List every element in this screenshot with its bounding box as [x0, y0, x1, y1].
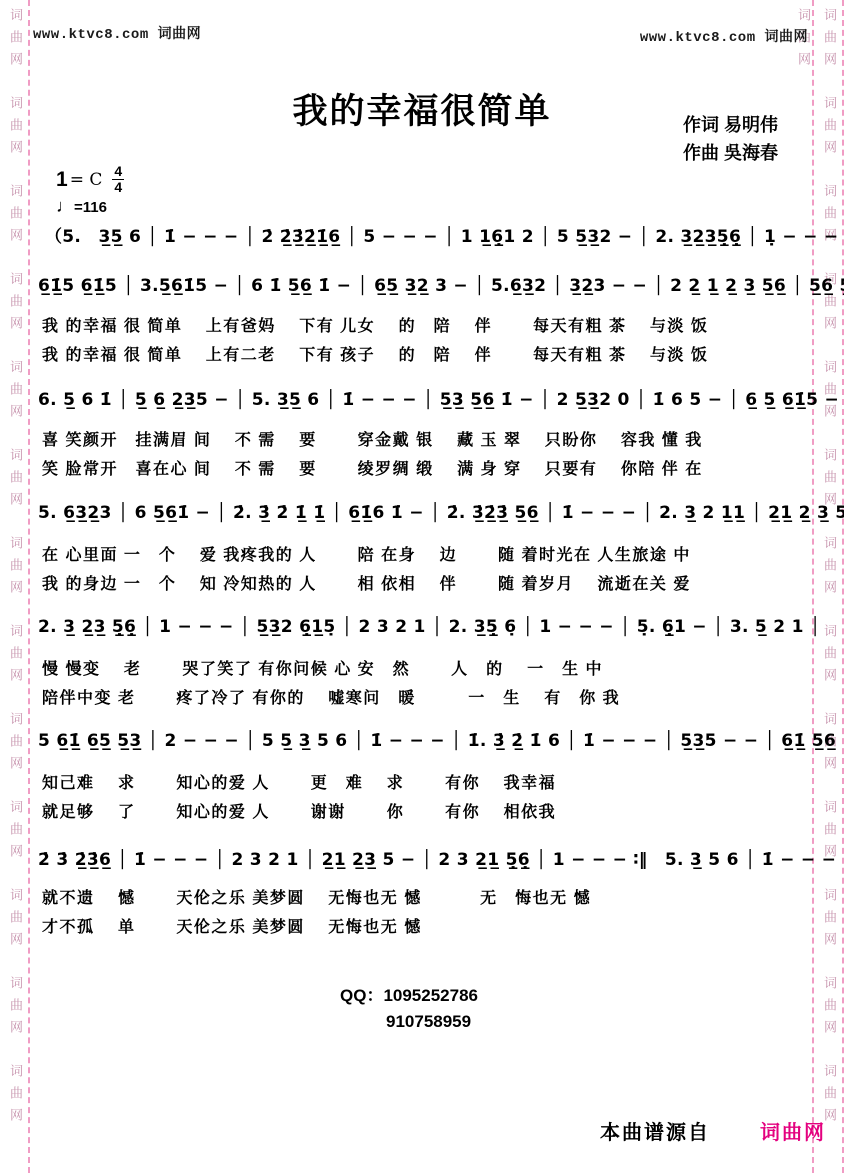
notation-line-7: 2̇ 3̇ 2̲̇3̲̇6̲ │ 1̇ − − − │ 2 3 2 1 │ 2̲…	[38, 845, 814, 870]
lyrics-row-3: 在 心里面 一 个 爱 我疼我的 人 陪 在身 边 随 着时光在 人生旅途 中 …	[42, 541, 814, 599]
quarter-note-icon: ♩	[56, 196, 74, 216]
lyrics-row-1: 我 的幸福 很 简单 上有爸妈 下有 儿女 的 陪 伴 每天有粗 茶 与淡 饭 …	[42, 312, 814, 370]
right-border: 词曲网 词曲网 词曲网 词曲网 词曲网 词曲网 词曲网 词曲网 词曲网 词曲网 …	[812, 0, 844, 1173]
lyrics-line: 就不遗 憾 天伦之乐 美梦圆 无悔也无 憾 无 悔也无 憾	[42, 884, 814, 913]
key-signature: 1 = C 4 4	[56, 165, 124, 194]
notation-line-3: 6. 5̲ 6 1̇ │ 5̲ 6̲ 2̲3̲5 − │ 5. 3̲5̲ 6 │…	[38, 390, 814, 410]
lyrics-row-5: 知己难 求 知心的爱 人 更 难 求 有你 我幸福 就足够 了 知心的爱 人 谢…	[42, 769, 814, 827]
notation-line-5: 2. 3̲ 2̲3̲ 5̲̣6̲̣ │ 1 − − − │ 5̲3̲2 6̲̣1…	[38, 617, 814, 637]
time-signature-top: 4	[112, 165, 124, 180]
notation-line-1: （5. 3̲5̲ 6 │ 1̇ − − − │ 2̇ 2̲̇3̲̇2̲̇1̲̇6…	[38, 222, 814, 247]
qq-number-2: 910758959	[340, 1009, 478, 1035]
right-watermark-text: 词曲网 词曲网 词曲网 词曲网 词曲网 词曲网 词曲网 词曲网 词曲网 词曲网 …	[814, 0, 842, 1173]
notation-line-2: 6̲1̲̇5 6̲1̲̇5 │ 3.5̲6̲1̇5 − │ 6 1̇ 5̲6̲ …	[38, 276, 814, 296]
notation-line-6: 5 6̲1̲̇ 6̲5̲ 5̲3̲ │ 2 − − − │ 5 5̲ 3̲ 5 …	[38, 731, 814, 751]
notation-line-4: 5. 6̲3̲2̲3 │ 6 5̲6̲1̇ − │ 2̇. 3̲̇ 2̇ 1̲̇…	[38, 503, 814, 523]
lyrics-row-6: 就不遗 憾 天伦之乐 美梦圆 无悔也无 憾 无 悔也无 憾 才不孤 单 天伦之乐…	[42, 884, 814, 942]
site-url-left[interactable]: www.ktvc8.com 词曲网	[33, 23, 201, 43]
site-url-right[interactable]: www.ktvc8.com 词曲网	[640, 26, 808, 46]
lyrics-line: 在 心里面 一 个 爱 我疼我的 人 陪 在身 边 随 着时光在 人生旅途 中	[42, 541, 814, 570]
lyrics-line: 就足够 了 知心的爱 人 谢谢 你 有你 相依我	[42, 798, 814, 827]
left-watermark-text: 词曲网 词曲网 词曲网 词曲网 词曲网 词曲网 词曲网 词曲网 词曲网 词曲网 …	[0, 0, 28, 1173]
source-site-link[interactable]: 词曲网	[760, 1116, 826, 1145]
key-name: = C	[70, 170, 103, 190]
source-label: 本曲谱源自	[600, 1116, 710, 1145]
lyrics-line: 我 的幸福 很 简单 上有爸妈 下有 儿女 的 陪 伴 每天有粗 茶 与淡 饭	[42, 312, 814, 341]
lyrics-row-2: 喜 笑颜开 挂满眉 间 不 需 要 穿金戴 银 藏 玉 翠 只盼你 容我 懂 我…	[42, 426, 814, 484]
tempo-value: =116	[74, 199, 107, 216]
time-signature: 4 4	[112, 165, 124, 194]
lyrics-line: 知己难 求 知心的爱 人 更 难 求 有你 我幸福	[42, 769, 814, 798]
footer: 本曲谱源自 词曲网	[600, 1116, 826, 1145]
sheet-page: 词曲网 词曲网 词曲网 词曲网 词曲网 词曲网 词曲网 词曲网 词曲网 词曲网 …	[0, 0, 844, 1173]
key-tonic: 1	[56, 168, 68, 192]
credits: 作词 易明伟 作曲 吳海春	[683, 111, 778, 167]
time-signature-bottom: 4	[114, 180, 122, 194]
lyrics-line: 我 的幸福 很 简单 上有二老 下有 孩子 的 陪 伴 每天有粗 茶 与淡 饭	[42, 341, 814, 370]
lyrics-line: 喜 笑颜开 挂满眉 间 不 需 要 穿金戴 银 藏 玉 翠 只盼你 容我 懂 我	[42, 426, 814, 455]
lyrics-line: 慢 慢变 老 哭了笑了 有你问候 心 安 然 人 的 一 生 中	[42, 655, 814, 684]
lyrics-row-4: 慢 慢变 老 哭了笑了 有你问候 心 安 然 人 的 一 生 中 陪伴中变 老 …	[42, 655, 814, 713]
qq-number-1: QQ：1095252786	[340, 983, 478, 1009]
contact-info: QQ：1095252786 910758959	[340, 983, 478, 1035]
tempo-marking: ♩=116	[56, 196, 107, 217]
lyrics-line: 才不孤 单 天伦之乐 美梦圆 无悔也无 憾	[42, 913, 814, 942]
lyricist-credit: 作词 易明伟	[683, 111, 778, 139]
left-border: 词曲网 词曲网 词曲网 词曲网 词曲网 词曲网 词曲网 词曲网 词曲网 词曲网 …	[0, 0, 30, 1173]
lyrics-line: 笑 脸常开 喜在心 间 不 需 要 绫罗绸 缎 满 身 穿 只要有 你陪 伴 在	[42, 455, 814, 484]
composer-credit: 作曲 吳海春	[683, 139, 778, 167]
lyrics-line: 我 的身边 一 个 知 冷知热的 人 相 依相 伴 随 着岁月 流逝在关 爱	[42, 570, 814, 599]
lyrics-line: 陪伴中变 老 疼了冷了 有你的 嘘寒问 暖 一 生 有 你 我	[42, 684, 814, 713]
